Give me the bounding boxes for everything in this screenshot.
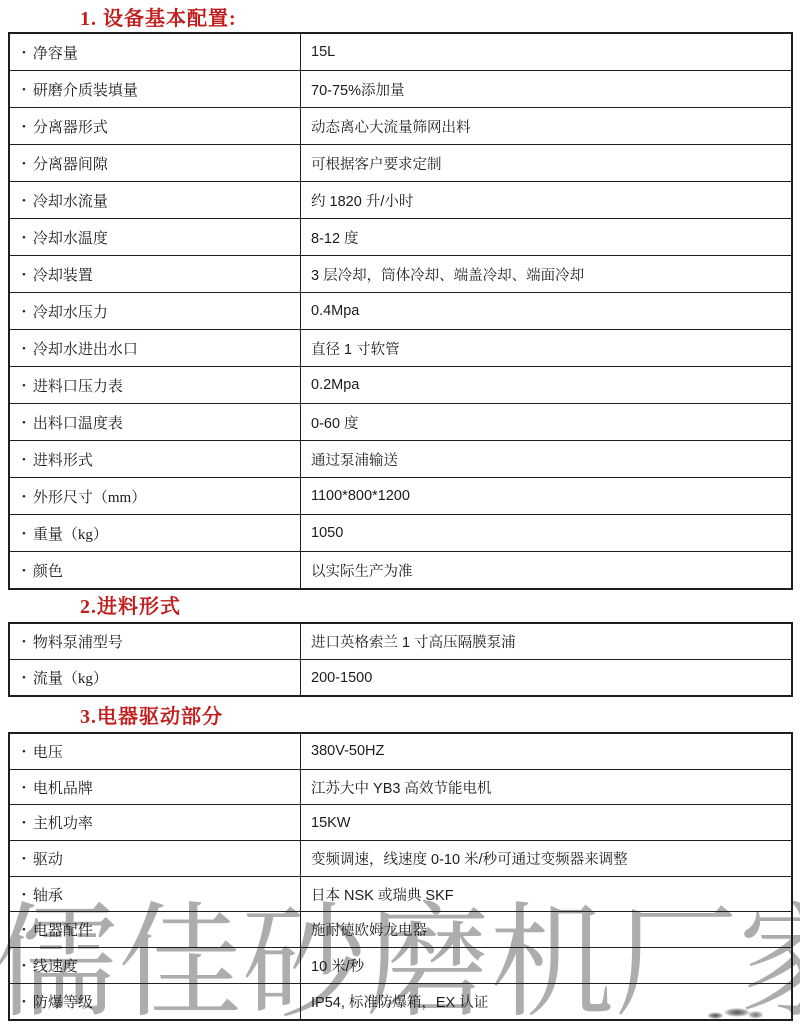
spec-label-cell: •物料泵浦型号 bbox=[9, 623, 301, 660]
bullet-icon: • bbox=[22, 121, 26, 133]
bullet-icon: • bbox=[22, 343, 26, 355]
spec-value: 70-75%添加量 bbox=[301, 71, 793, 108]
spec-label: 电器配件 bbox=[33, 923, 93, 939]
bullet-icon: • bbox=[22, 232, 26, 244]
spec-value: 动态离心大流量筛网出料 bbox=[301, 108, 793, 145]
bullet-icon: • bbox=[22, 454, 26, 466]
bullet-icon: • bbox=[22, 195, 26, 207]
table-row: •净容量 15L bbox=[9, 33, 792, 71]
bullet-icon: • bbox=[22, 565, 26, 577]
spec-document-page: 1. 设备基本配置: •净容量 15L •研磨介质装填量 70-75%添加量 •… bbox=[0, 0, 800, 1032]
table-row: •分离器间隙 可根据客户要求定制 bbox=[9, 145, 792, 182]
spec-value: 15L bbox=[301, 33, 793, 71]
bullet-icon: • bbox=[22, 491, 26, 503]
spec-label-cell: •冷却装置 bbox=[9, 256, 301, 293]
table-row: •防爆等级 IP54, 标准防爆箱，EX 认证 bbox=[9, 983, 792, 1019]
spec-label-cell: •防爆等级 bbox=[9, 983, 301, 1019]
spec-label-cell: •冷却水流量 bbox=[9, 182, 301, 219]
bullet-icon: • bbox=[22, 47, 26, 59]
spec-label-cell: •驱动 bbox=[9, 841, 301, 877]
spec-label: 分离器形式 bbox=[33, 120, 108, 136]
table-row: •进料形式 通过泵浦输送 bbox=[9, 441, 792, 478]
spec-value: 10 米/秒 bbox=[301, 948, 793, 984]
spec-value: 直径 1 寸软管 bbox=[301, 330, 793, 367]
spec-label: 主机功率 bbox=[33, 816, 93, 832]
basic-config-table: •净容量 15L •研磨介质装填量 70-75%添加量 •分离器形式 动态离心大… bbox=[8, 32, 793, 590]
spec-label: 电机品牌 bbox=[33, 781, 93, 797]
spec-label: 流量（kg） bbox=[33, 671, 108, 687]
table-row: •轴承 日本 NSK 或瑞典 SKF bbox=[9, 876, 792, 912]
spec-label-cell: •重量（kg） bbox=[9, 515, 301, 552]
spec-value: 施耐德欧姆龙电器 bbox=[301, 912, 793, 948]
spec-value: 8-12 度 bbox=[301, 219, 793, 256]
table-row: •线速度 10 米/秒 bbox=[9, 948, 792, 984]
spec-label-cell: •轴承 bbox=[9, 876, 301, 912]
bullet-icon: • bbox=[22, 269, 26, 281]
spec-label-cell: •颜色 bbox=[9, 552, 301, 590]
electric-drive-table: •电压 380V-50HZ •电机品牌 江苏大中 YB3 高效节能电机 •主机功… bbox=[8, 732, 793, 1021]
table-row: •出料口温度表 0-60 度 bbox=[9, 404, 792, 441]
bullet-icon: • bbox=[22, 672, 26, 684]
spec-value: 0.4Mpa bbox=[301, 293, 793, 330]
bullet-icon: • bbox=[22, 380, 26, 392]
spec-value: 约 1820 升/小时 bbox=[301, 182, 793, 219]
bullet-icon: • bbox=[22, 853, 26, 865]
spec-value: 380V-50HZ bbox=[301, 733, 793, 769]
table-row: •冷却水温度 8-12 度 bbox=[9, 219, 792, 256]
table-row: •驱动 变频调速，线速度 0-10 米/秒可通过变频器来调整 bbox=[9, 841, 792, 877]
spec-label: 冷却水进出水口 bbox=[33, 342, 138, 358]
spec-label: 外形尺寸（mm） bbox=[33, 490, 146, 506]
bullet-icon: • bbox=[22, 306, 26, 318]
spec-value: 1100*800*1200 bbox=[301, 478, 793, 515]
spec-value: 进口英格索兰 1 寸高压隔膜泵浦 bbox=[301, 623, 793, 660]
bullet-icon: • bbox=[22, 636, 26, 648]
table-row: •电器配件 施耐德欧姆龙电器 bbox=[9, 912, 792, 948]
bullet-icon: • bbox=[22, 84, 26, 96]
bullet-icon: • bbox=[22, 782, 26, 794]
spec-label: 线速度 bbox=[33, 959, 78, 975]
spec-value: 0.2Mpa bbox=[301, 367, 793, 404]
section-title-basic-config: 1. 设备基本配置: bbox=[80, 2, 237, 31]
spec-label: 研磨介质装填量 bbox=[33, 83, 138, 99]
spec-label: 轴承 bbox=[33, 888, 63, 904]
spec-label-cell: •冷却水压力 bbox=[9, 293, 301, 330]
spec-value: 日本 NSK 或瑞典 SKF bbox=[301, 876, 793, 912]
spec-label: 分离器间隙 bbox=[33, 157, 108, 173]
table-row: •冷却水压力 0.4Mpa bbox=[9, 293, 792, 330]
table-row: •冷却水进出水口 直径 1 寸软管 bbox=[9, 330, 792, 367]
feed-form-table: •物料泵浦型号 进口英格索兰 1 寸高压隔膜泵浦 •流量（kg） 200-150… bbox=[8, 622, 793, 697]
table-row: •分离器形式 动态离心大流量筛网出料 bbox=[9, 108, 792, 145]
table-row: •电机品牌 江苏大中 YB3 高效节能电机 bbox=[9, 769, 792, 805]
spec-label-cell: •净容量 bbox=[9, 33, 301, 71]
table-row: •冷却水流量 约 1820 升/小时 bbox=[9, 182, 792, 219]
spec-label: 冷却水压力 bbox=[33, 305, 108, 321]
bullet-icon: • bbox=[22, 924, 26, 936]
spec-label-cell: •线速度 bbox=[9, 948, 301, 984]
spec-label: 冷却水流量 bbox=[33, 194, 108, 210]
spec-label: 物料泵浦型号 bbox=[33, 635, 123, 651]
spec-label: 电压 bbox=[33, 745, 63, 761]
table-row: •物料泵浦型号 进口英格索兰 1 寸高压隔膜泵浦 bbox=[9, 623, 792, 660]
spec-label: 进料形式 bbox=[33, 453, 93, 469]
table-row: •外形尺寸（mm） 1100*800*1200 bbox=[9, 478, 792, 515]
bullet-icon: • bbox=[22, 746, 26, 758]
bullet-icon: • bbox=[22, 417, 26, 429]
spec-value: 江苏大中 YB3 高效节能电机 bbox=[301, 769, 793, 805]
spec-value: 以实际生产为准 bbox=[301, 552, 793, 590]
spec-value: 15KW bbox=[301, 805, 793, 841]
spec-value: 200-1500 bbox=[301, 660, 793, 697]
section-title-feed-form: 2.进料形式 bbox=[80, 590, 181, 619]
spec-label-cell: •冷却水温度 bbox=[9, 219, 301, 256]
table-row: •冷却装置 3 层冷却，筒体冷却、端盖冷却、端面冷却 bbox=[9, 256, 792, 293]
spec-label-cell: •电压 bbox=[9, 733, 301, 769]
table-row: •流量（kg） 200-1500 bbox=[9, 660, 792, 697]
spec-label: 驱动 bbox=[33, 852, 63, 868]
spec-value: 0-60 度 bbox=[301, 404, 793, 441]
spec-label: 冷却水温度 bbox=[33, 231, 108, 247]
table-row: •颜色 以实际生产为准 bbox=[9, 552, 792, 590]
spec-label: 防爆等级 bbox=[33, 995, 93, 1011]
bullet-icon: • bbox=[22, 996, 26, 1008]
spec-label-cell: •研磨介质装填量 bbox=[9, 71, 301, 108]
table-row: •电压 380V-50HZ bbox=[9, 733, 792, 769]
table-row: •重量（kg） 1050 bbox=[9, 515, 792, 552]
spec-value: 3 层冷却，筒体冷却、端盖冷却、端面冷却 bbox=[301, 256, 793, 293]
section-title-electric-drive: 3.电器驱动部分 bbox=[80, 700, 223, 729]
table-row: •进料口压力表 0.2Mpa bbox=[9, 367, 792, 404]
bullet-icon: • bbox=[22, 528, 26, 540]
spec-label-cell: •外形尺寸（mm） bbox=[9, 478, 301, 515]
spec-value: 1050 bbox=[301, 515, 793, 552]
spec-label-cell: •进料形式 bbox=[9, 441, 301, 478]
spec-value: 通过泵浦输送 bbox=[301, 441, 793, 478]
bullet-icon: • bbox=[22, 817, 26, 829]
spec-label-cell: •进料口压力表 bbox=[9, 367, 301, 404]
spec-label-cell: •主机功率 bbox=[9, 805, 301, 841]
spec-label: 净容量 bbox=[33, 46, 78, 62]
table-row: •研磨介质装填量 70-75%添加量 bbox=[9, 71, 792, 108]
spec-label-cell: •出料口温度表 bbox=[9, 404, 301, 441]
spec-label-cell: •冷却水进出水口 bbox=[9, 330, 301, 367]
spec-label-cell: •电机品牌 bbox=[9, 769, 301, 805]
bullet-icon: • bbox=[22, 889, 26, 901]
bullet-icon: • bbox=[22, 960, 26, 972]
spec-label: 冷却装置 bbox=[33, 268, 93, 284]
spec-value: 变频调速，线速度 0-10 米/秒可通过变频器来调整 bbox=[301, 841, 793, 877]
spec-label: 颜色 bbox=[33, 564, 63, 580]
spec-label: 出料口温度表 bbox=[33, 416, 123, 432]
ink-smudge bbox=[703, 1006, 765, 1022]
table-row: •主机功率 15KW bbox=[9, 805, 792, 841]
bullet-icon: • bbox=[22, 158, 26, 170]
spec-label-cell: •电器配件 bbox=[9, 912, 301, 948]
spec-label-cell: •分离器形式 bbox=[9, 108, 301, 145]
spec-label-cell: •流量（kg） bbox=[9, 660, 301, 697]
spec-value: 可根据客户要求定制 bbox=[301, 145, 793, 182]
spec-label: 重量（kg） bbox=[33, 527, 108, 543]
spec-label: 进料口压力表 bbox=[33, 379, 123, 395]
spec-label-cell: •分离器间隙 bbox=[9, 145, 301, 182]
